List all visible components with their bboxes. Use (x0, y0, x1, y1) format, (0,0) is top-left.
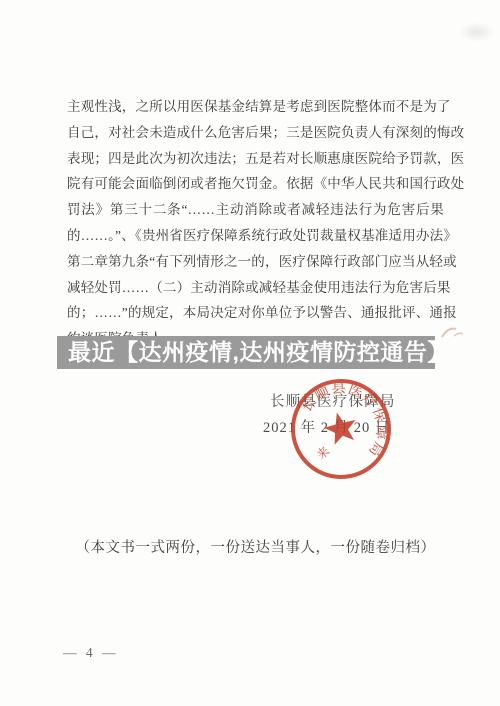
body-line: 的……。”、《贵州省医疗保障系统行政处罚裁量权基准适用办法》 (67, 223, 444, 249)
seal-inner-char: 来 (313, 443, 332, 462)
footer-note: （本文书一式两份，一份送达当事人，一份随卷归档） (67, 536, 444, 557)
body-line: 的；……”的规定，本局决定对你单位予以警告、通报批评、通报 (67, 300, 444, 326)
body-line: 第二章第九条“有下列情形之一的，医疗保障行政部门应当从轻或 (67, 249, 444, 275)
page-number: — 4 — (63, 645, 119, 661)
scanned-document-page: 主观性浅，之所以用医保基金结算是考虑到医院整体而不是为了 自己，对社会未造成什么… (0, 0, 500, 706)
body-line: 院有可能会面临倒闭或者拖欠罚金。依据《中华人民共和国行政处 (67, 171, 444, 197)
body-line: 自己，对社会未造成什么危害后果；三是医院负责人有深刻的悔改 (67, 120, 444, 146)
document-body: 主观性浅，之所以用医保基金结算是考虑到医院整体而不是为了 自己，对社会未造成什么… (67, 94, 444, 352)
overlay-spam-banner: 最近【达州疫情,达州疫情防控通告】 (57, 336, 435, 369)
body-line: 表现；四是此次为初次违法；五是若对长顺惠康医院给予罚款，医 (67, 146, 444, 172)
seal-star-icon (321, 409, 360, 447)
body-line: 减轻处罚……（二）主动消除或减轻基金使用违法行为危害后果 (67, 275, 444, 301)
stray-stamp-mark (440, 325, 464, 339)
body-line: 主观性浅，之所以用医保基金结算是考虑到医院整体而不是为了 (67, 94, 444, 120)
official-red-seal: 长顺县医疗保障局 来 (288, 376, 394, 482)
body-line: 罚法》第三十二条“……主动消除或者减轻违法行为危害后果 (67, 197, 444, 223)
scan-smudge (458, 22, 496, 42)
